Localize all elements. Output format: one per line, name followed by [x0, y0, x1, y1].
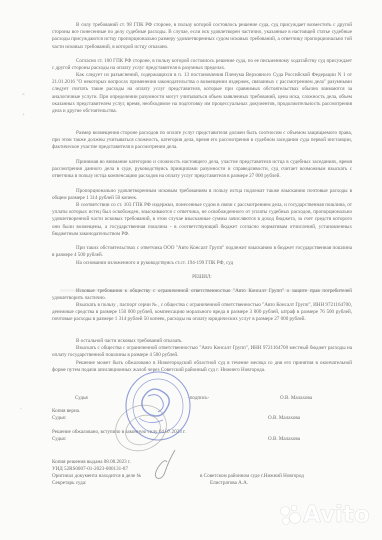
paragraph-article-98: В силу требований ст. 98 ГПК РФ стороне,… — [52, 22, 352, 51]
paragraph-plenum-clarification: Как следует из разъяснений, содержащихся… — [52, 72, 352, 115]
paragraph-state-duty: При таких обстоятельствах с ответчика ОО… — [52, 245, 352, 259]
decision-claims-partially-granted: Исковые требования к обществу с ограниче… — [52, 288, 352, 302]
copy-judge-label: Судья: — [52, 415, 66, 422]
secretary-label: Секретарь суда: — [52, 480, 86, 487]
scan-edge-mark: + — [22, 113, 25, 118]
scan-edge-mark: - — [20, 407, 22, 412]
secretary-name: Елистратова А.А. — [210, 480, 248, 487]
judge-name: О.В. Малахова — [280, 395, 312, 402]
scanned-court-decision-page: В силу требований ст. 98 ГПК РФ стороне,… — [0, 0, 382, 540]
decision-state-duty-recovery: Взыскать с общества с ограниченной ответ… — [52, 345, 352, 359]
appeal-judge-label: Судья: — [52, 436, 66, 443]
appeal-judge-name: О.В. Малахова — [268, 436, 300, 443]
paragraph-representative-costs: Принимая во внимание категорию и сложнос… — [52, 159, 352, 181]
judge-label: Судья — [75, 395, 88, 402]
avito-watermark: Avito — [276, 500, 376, 537]
paragraph-legal-basis: На основании изложенного и руководствуяс… — [52, 260, 352, 267]
paragraph-article-103: В соответствии со ст. 103 ГПК РФ издержк… — [52, 202, 352, 238]
court-seal-stamp-icon — [103, 368, 208, 483]
decision-heading: РЕШИЛ: — [52, 274, 352, 281]
paragraph-article-100: Согласно ст. 100 ГПК РФ стороне, в польз… — [52, 58, 352, 72]
scan-edge-mark: × — [22, 93, 25, 98]
copy-true-label: Копия верна. — [52, 408, 80, 415]
copy-judge-name: О.В. Малахова — [268, 415, 300, 422]
paragraph-reimbursement-size: Размер возмещения стороне расходов по оп… — [52, 130, 352, 152]
avito-watermark-text: Avito — [303, 502, 370, 528]
paragraph-postal-expenses: Пропорционально удовлетворенным исковым … — [52, 188, 352, 202]
decision-recover-amounts: Взыскать в пользу , паспорт серии № , с … — [52, 302, 352, 324]
original-location-right: в Советском районном суде г.Нижний Новго… — [200, 473, 304, 480]
